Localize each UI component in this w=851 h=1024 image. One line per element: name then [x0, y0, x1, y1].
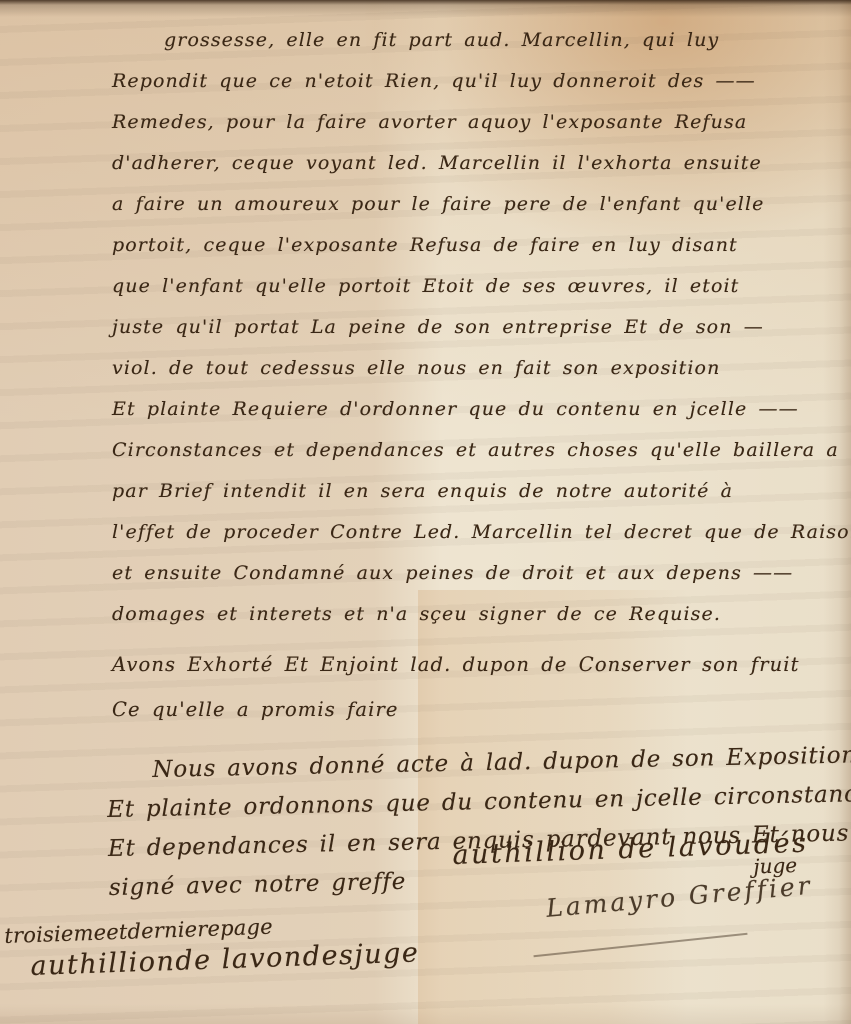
signature-flourish [533, 933, 747, 957]
manuscript-line: Circonstances et dependances et autres c… [112, 430, 844, 471]
manuscript-line: a faire un amoureux pour le faire pere d… [112, 184, 844, 225]
manuscript-line: grossesse, elle en fit part aud. Marcell… [112, 20, 844, 61]
manuscript-line: l'effet de proceder Contre Led. Marcelli… [112, 512, 844, 553]
manuscript-line: Ce qu'elle a promis faire [112, 687, 800, 732]
deposition-paragraph: grossesse, elle en fit part aud. Marcell… [112, 20, 844, 635]
manuscript-line: et ensuite Condamné aux peines de droit … [112, 553, 844, 594]
manuscript-line: Avons Exhorté Et Enjoint lad. dupon de C… [112, 642, 800, 687]
manuscript-line: portoit, ceque l'exposante Refusa de fai… [112, 225, 844, 266]
manuscript-line: Repondit que ce n'etoit Rien, qu'il luy … [112, 61, 844, 102]
manuscript-line: Et plainte Requiere d'ordonner que du co… [112, 389, 844, 430]
manuscript-line: domages et interets et n'a sçeu signer d… [112, 594, 844, 635]
manuscript-line: Remedes, pour la faire avorter aquoy l'e… [112, 102, 844, 143]
manuscript-line: viol. de tout cedessus elle nous en fait… [112, 348, 844, 389]
manuscript-line: par Brief intendit il en sera enquis de … [112, 471, 844, 512]
exhortation-paragraph: Avons Exhorté Et Enjoint lad. dupon de C… [112, 642, 800, 732]
manuscript-line: d'adherer, ceque voyant led. Marcellin i… [112, 143, 844, 184]
archival-footer-note: troisiemeetdernierepage authillionde lav… [4, 924, 419, 982]
manuscript-line: que l'enfant qu'elle portoit Etoit de se… [112, 266, 844, 307]
manuscript-line: juste qu'il portat La peine de son entre… [112, 307, 844, 348]
manuscript-page: grossesse, elle en fit part aud. Marcell… [0, 0, 851, 1024]
